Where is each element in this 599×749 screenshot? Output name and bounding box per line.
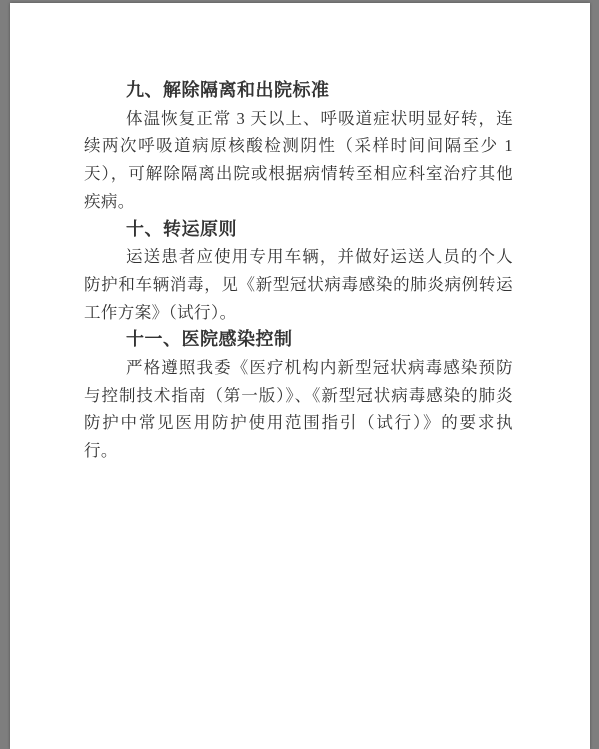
document-viewer-background: 九、解除隔离和出院标准 体温恢复正常 3 天以上、呼吸道症状明显好转，连续两次呼… [0,0,599,749]
document-content: 九、解除隔离和出院标准 体温恢复正常 3 天以上、呼吸道症状明显好转，连续两次呼… [10,3,590,465]
section-paragraph-hospital-infection-control: 严格遵照我委《医疗机构内新型冠状病毒感染预防与控制技术指南（第一版）》、《新型冠… [84,354,513,465]
section-heading-transfer-principles: 十、转运原则 [84,216,513,244]
section-paragraph-release-criteria: 体温恢复正常 3 天以上、呼吸道症状明显好转，连续两次呼吸道病原核酸检测阴性（采… [84,105,513,216]
section-heading-hospital-infection-control: 十一、医院感染控制 [84,326,513,354]
document-page: 九、解除隔离和出院标准 体温恢复正常 3 天以上、呼吸道症状明显好转，连续两次呼… [10,3,590,749]
section-heading-release-criteria: 九、解除隔离和出院标准 [84,77,513,105]
section-paragraph-transfer-principles: 运送患者应使用专用车辆，并做好运送人员的个人防护和车辆消毒，见《新型冠状病毒感染… [84,243,513,326]
